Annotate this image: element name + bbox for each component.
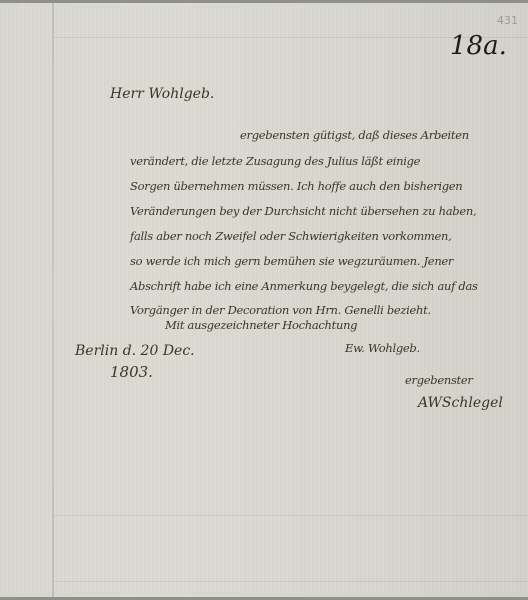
signature: AWSchlegel <box>418 395 503 411</box>
place-date: Berlin d. 20 Dec. <box>75 343 195 359</box>
paper-rule <box>54 515 528 516</box>
salutation: Herr Wohlgeb. <box>110 86 214 102</box>
body-line: ergebensten gütigst, daß dieses Arbeiten <box>240 128 469 142</box>
body-line: Veränderungen bey der Durchsicht nicht ü… <box>130 204 476 218</box>
body-line: Vorgänger in der Decoration von Hrn. Gen… <box>130 303 431 317</box>
closing: Mit ausgezeichneter Hochachtung <box>165 318 357 332</box>
closing-address: Ew. Wohlgeb. <box>345 341 420 355</box>
body-line: verändert, die letzte Zusagung des Juliu… <box>130 154 420 168</box>
letter-page: 431 18a. Herr Wohlgeb. ergebensten gütig… <box>0 3 528 597</box>
body-line: Sorgen übernehmen müssen. Ich hoffe auch… <box>130 179 462 193</box>
body-line: falls aber noch Zweifel oder Schwierigke… <box>130 229 452 243</box>
pencil-archive-number: 431 <box>497 14 518 27</box>
fold-line <box>52 3 54 597</box>
body-line: Abschrift habe ich eine Anmerkung beygel… <box>130 279 478 293</box>
folio-mark: 18a. <box>450 31 507 61</box>
paper-rule <box>54 581 528 582</box>
year: 1803. <box>110 363 153 381</box>
body-line: so werde ich mich gern bemühen sie wegzu… <box>130 254 453 268</box>
valediction: ergebenster <box>405 373 473 387</box>
